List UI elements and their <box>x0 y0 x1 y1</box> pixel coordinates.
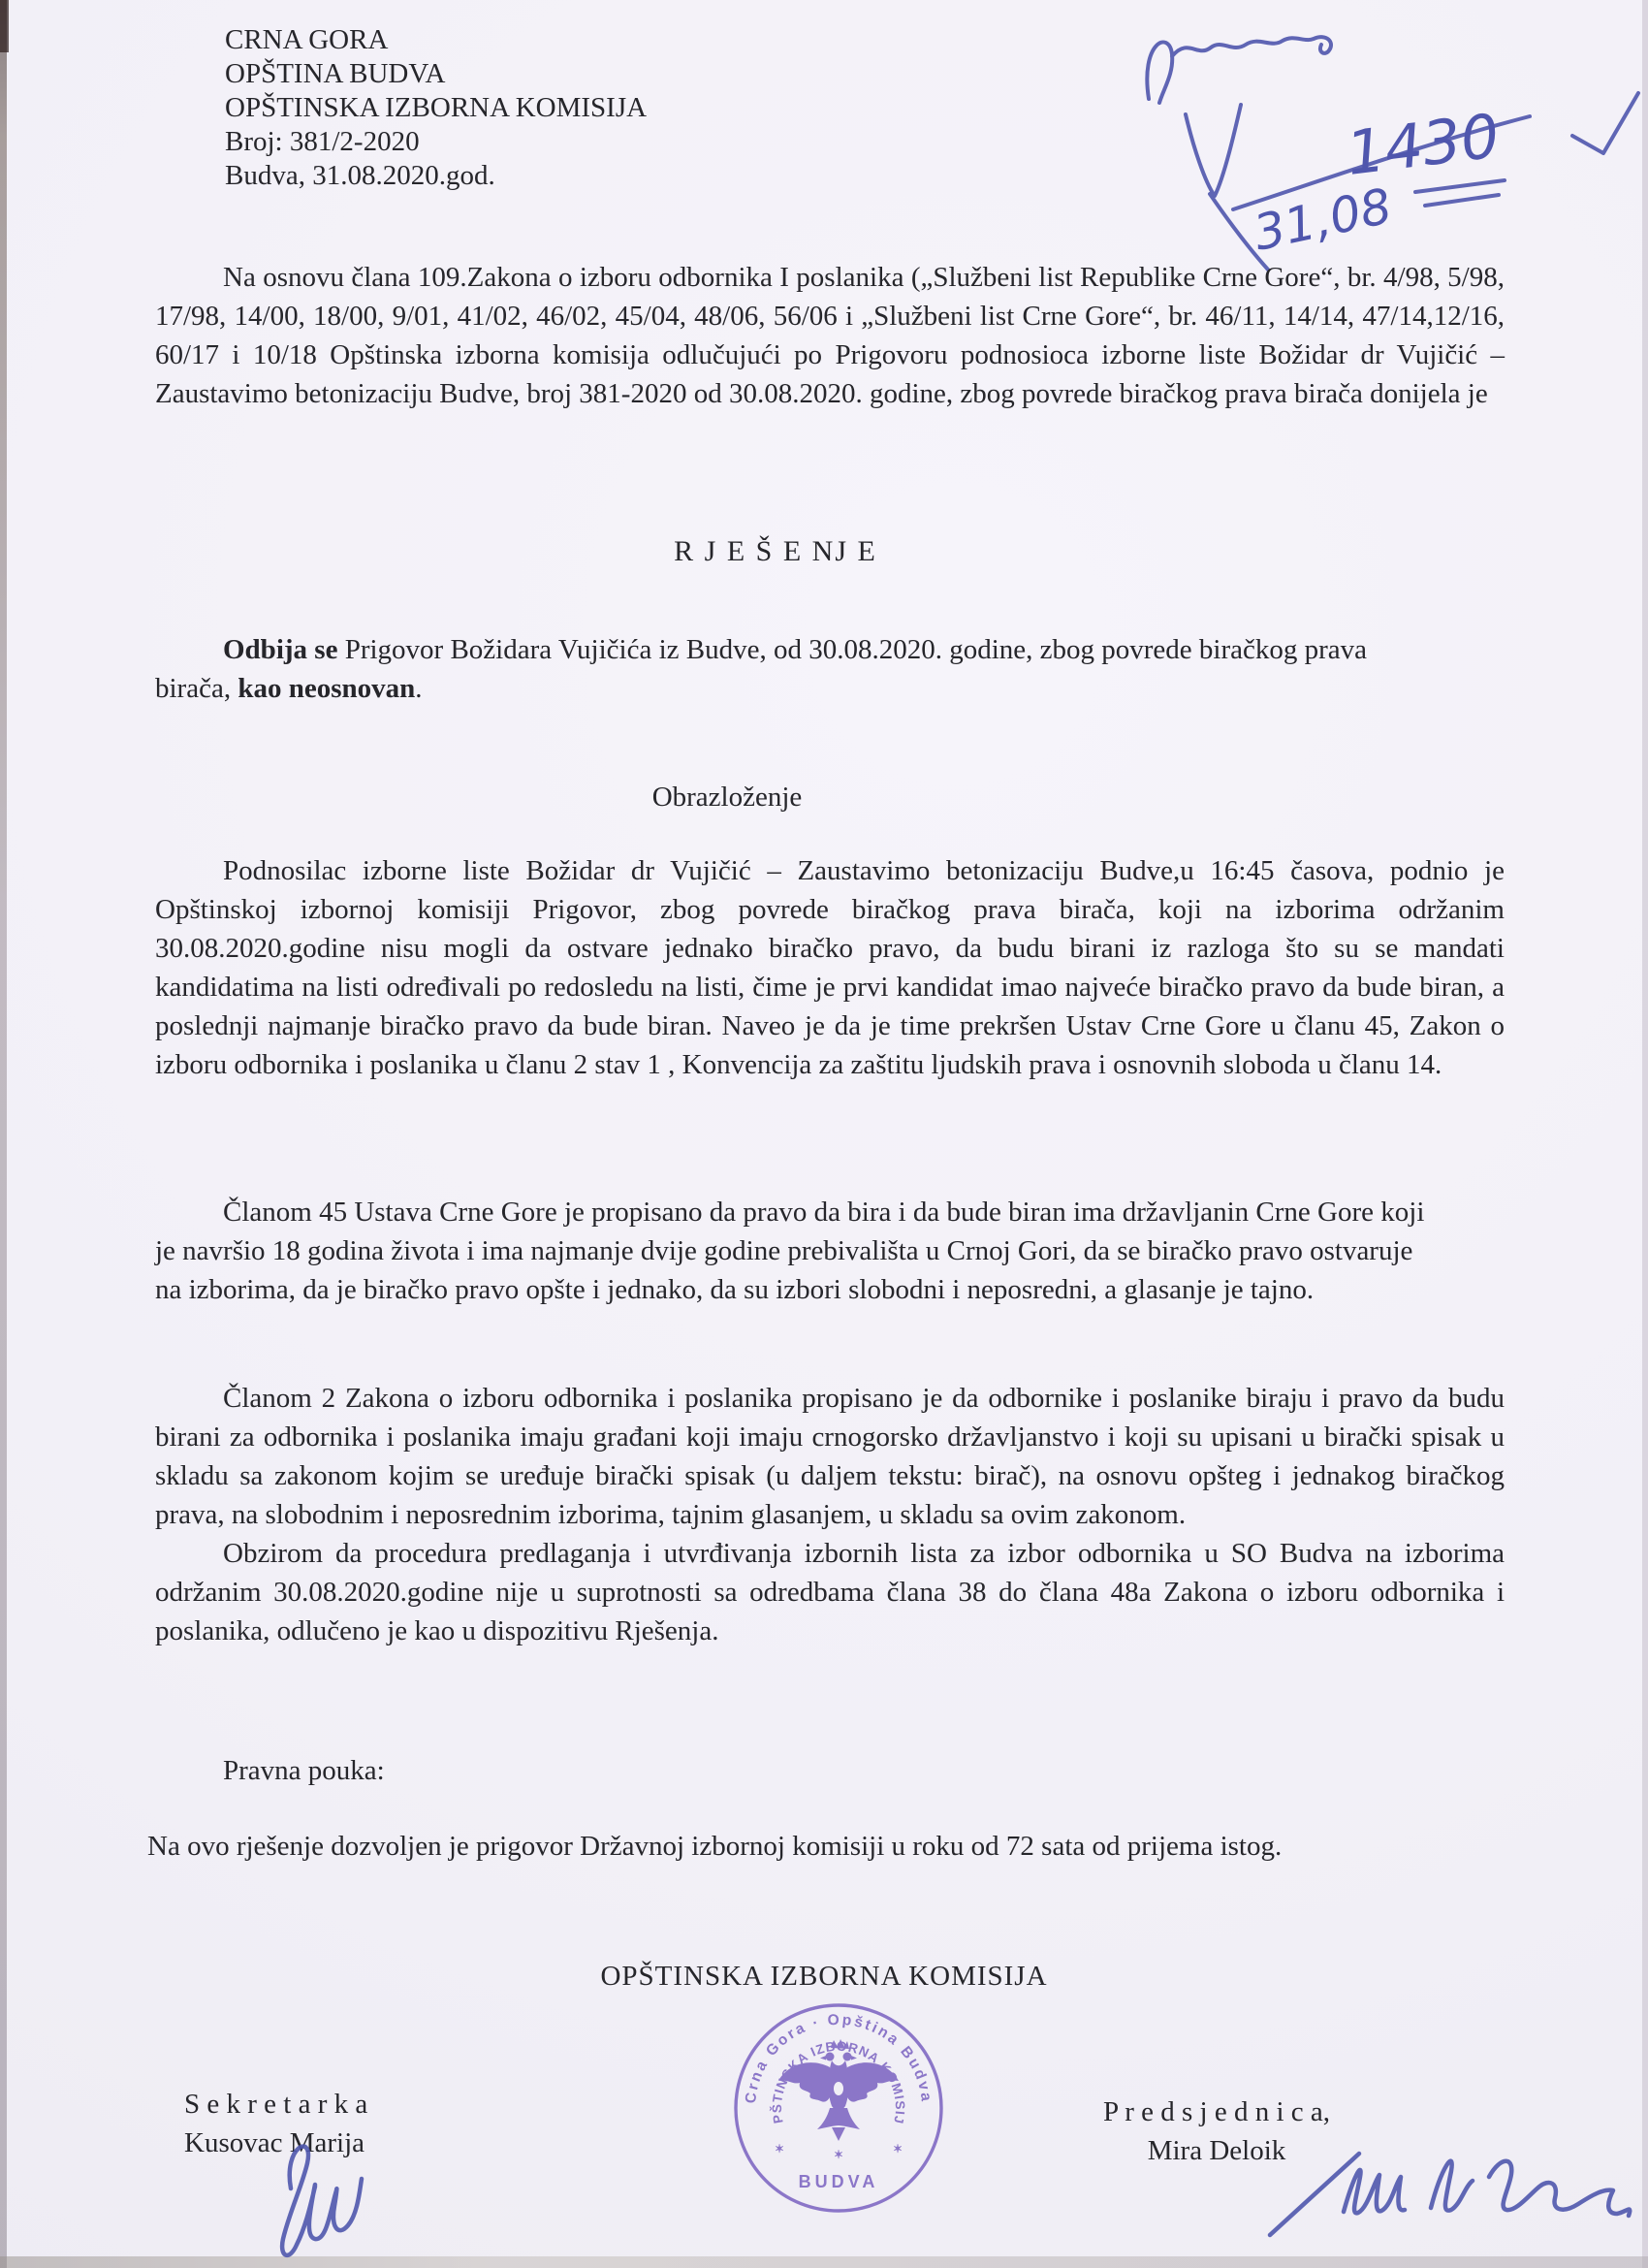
handwriting-underline-stroke <box>1415 180 1505 206</box>
secretary-signature-stroke <box>282 2147 362 2255</box>
explanation-paragraph-4: Obzirom da procedura predlaganja i utvrđ… <box>155 1534 1505 1650</box>
letterhead-commission: OPŠTINSKA IZBORNA KOMISIJA <box>225 91 647 125</box>
explanation-paragraph-2: Članom 45 Ustava Crne Gore je propisano … <box>155 1193 1444 1309</box>
ruling-paragraph: Odbija se Prigovor Božidara Vujičića iz … <box>155 630 1386 708</box>
commission-stamp: Crna Gora · Opština Budva OPŠTINSKA IZBO… <box>717 1988 960 2232</box>
letterhead-number: Broj: 381/2-2020 <box>225 125 647 159</box>
handwriting-word-stroke <box>1147 37 1331 103</box>
scan-edge-left <box>0 0 7 2268</box>
handwritten-date: 31,08 <box>1249 177 1396 261</box>
handwriting-hook-stroke <box>1572 93 1638 153</box>
ruling-period: . <box>415 673 422 704</box>
secretary-role: S e k r e t a r k a <box>184 2085 367 2124</box>
legal-remedy-paragraph: Na ovo rješenje dozvoljen je prigovor Dr… <box>147 1827 1505 1866</box>
stamp-bottom-text: BUDVA <box>799 2172 879 2191</box>
secretary-signature <box>233 2128 504 2268</box>
handwritten-time: 1430 <box>1343 100 1504 189</box>
president-signature-stroke <box>1270 2154 1630 2235</box>
intro-paragraph: Na osnovu člana 109.Zakona o izboru odbo… <box>155 258 1505 413</box>
ruling-tail-bold: kao neosnovan <box>238 673 415 704</box>
letterhead-date: Budva, 31.08.2020.god. <box>225 159 647 193</box>
stamp-star-center: ✶ <box>834 2148 843 2161</box>
scanned-document-page: CRNA GORA OPŠTINA BUDVA OPŠTINSKA IZBORN… <box>0 0 1648 2268</box>
stamp-star-left: ✶ <box>775 2142 784 2156</box>
letterhead: CRNA GORA OPŠTINA BUDVA OPŠTINSKA IZBORN… <box>225 23 647 193</box>
handwriting-v-stroke <box>1186 105 1241 196</box>
scan-edge-corner <box>0 0 9 52</box>
scan-edge-right <box>1642 0 1648 2268</box>
ruling-lead-bold: Odbija se <box>223 634 337 665</box>
explanation-heading: Obrazloženje <box>155 782 1299 814</box>
ruling-heading: R J E Š E NJ E <box>155 535 1396 568</box>
explanation-paragraph-group: Članom 2 Zakona o izboru odbornika i pos… <box>155 1379 1505 1650</box>
explanation-paragraph-1: Podnosilac izborne liste Božidar dr Vuji… <box>155 851 1505 1084</box>
explanation-paragraph-3: Članom 2 Zakona o izboru odbornika i pos… <box>155 1379 1505 1534</box>
letterhead-country: CRNA GORA <box>225 23 647 57</box>
president-signature <box>1251 2117 1638 2257</box>
legal-remedy-heading: Pravna pouka: <box>155 1751 1505 1790</box>
stamp-star-right: ✶ <box>893 2142 903 2156</box>
handwritten-receipt-note: 1430 31,08 <box>1095 0 1648 281</box>
letterhead-municipality: OPŠTINA BUDVA <box>225 57 647 91</box>
